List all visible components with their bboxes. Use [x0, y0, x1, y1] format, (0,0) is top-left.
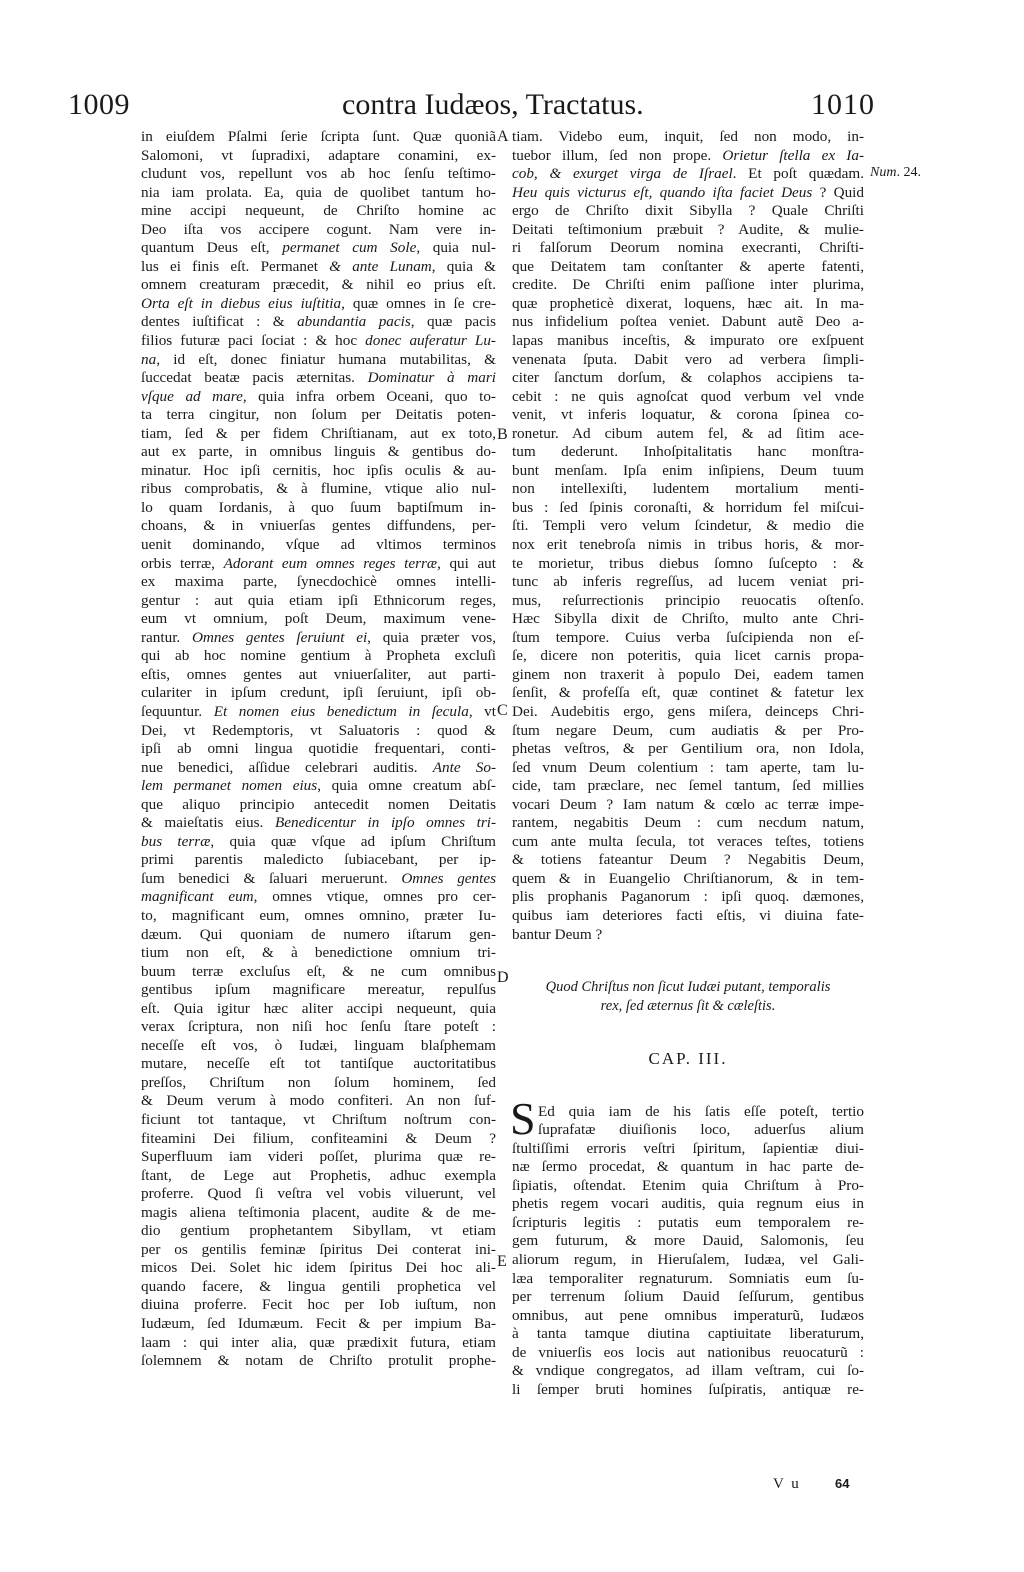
text-line: phetis regem vocari auditis, quia regnum… [512, 1195, 864, 1214]
text-line: ſequuntur. Et nomen eius benedictum in ſ… [141, 703, 496, 722]
text-line: ſuprafatæ diuiſionis loco, aduerſus aliu… [512, 1121, 864, 1140]
text-line: venit, vt inferis loquatur, & corona ſpi… [512, 406, 864, 425]
text-line: culariter in ipſum credunt, ipſi ſeruiun… [141, 684, 496, 703]
text-line: aliorum regum, in Hieruſalem, Iudæa, vel… [512, 1251, 864, 1270]
left-page-number: 1009 [68, 88, 130, 122]
text-line: nue benedici, aſſidue celebrari auditis.… [141, 759, 496, 778]
text-line: ex maxima parte, ſynecdochicè omnes inte… [141, 573, 496, 592]
text-line: preſſos, Chriſtum non ſolum hominem, ſed [141, 1074, 496, 1093]
running-header: 1009 contra Iudæos, Tractatus. 1010 [0, 88, 1024, 128]
text-line: venenata ſputa. Dabit vero ad verbera ſi… [512, 351, 864, 370]
text-line: omnibus, aut pene omnibus imperaturũ, Iu… [512, 1307, 864, 1326]
text-line: nus infidelium poſtea veniet. Dabunt aut… [512, 313, 864, 332]
text-line: tunc ab inferis regreſſus, ad lucem veni… [512, 573, 864, 592]
text-line: eſtis, omnes gentes aut vniuerſaliter, a… [141, 666, 496, 685]
text-line: ſcripturis legitis : putatis eum tempora… [512, 1214, 864, 1233]
text-line: læa temporaliter regnaturum. Somniatis e… [512, 1270, 864, 1289]
text-line: ſolemnem & notam de Chriſto protulit pro… [141, 1352, 496, 1371]
text-line: Ed quia iam de his ſatis eſſe poteſt, te… [512, 1103, 864, 1122]
text-line: & Deum verum à modo confiteri. An non ſu… [141, 1092, 496, 1111]
chapter-subtitle: Quod Chriſtus non ſicut Iudæi putant, te… [512, 978, 864, 1016]
text-line: Dei. Audebitis ergo, gens miſera, deince… [512, 703, 864, 722]
text-line: choans, & in vniuerſas gentes diffundens… [141, 517, 496, 536]
text-line: minatur. Hoc ipſi cernitis, hoc ipſis oc… [141, 462, 496, 481]
text-line: citer ſanctum dorſum, & colaphos accipie… [512, 369, 864, 388]
text-line: Salomoni, vt ſupradixi, adaptare conamin… [141, 147, 496, 166]
text-line: filios futuræ paci ſociat : & hoc donec … [141, 332, 496, 351]
text-line: ſed vnum Deum colentium : tam aperte, ta… [512, 759, 864, 778]
text-line: & maieſtatis eius. Benedicentur in ipſo … [141, 814, 496, 833]
text-line: bantur Deum ? [512, 926, 864, 945]
text-line: laam : qui inter alia, quæ prædixit futu… [141, 1334, 496, 1353]
text-line: ſipiatis, oſtendat. Etenim quia Chriſtum… [512, 1177, 864, 1196]
text-line: lem permanet nomen eius, quia omne creat… [141, 777, 496, 796]
text-line: micos Dei. Solet hic idem ſpiritus Dei h… [141, 1259, 496, 1278]
text-line: dio gentium prophetantem Sibyllam, vt et… [141, 1222, 496, 1241]
text-line: plis prophanis Paganorum : ipſi quoq. dæ… [512, 888, 864, 907]
text-line: rantur. Omnes gentes ſeruiunt ei, quia p… [141, 629, 496, 648]
margin-note-book: Num [870, 165, 896, 180]
margin-note-chapter: . 24. [896, 165, 921, 180]
text-line: ſtum negare Deum, cum audiatis & per Pro… [512, 722, 864, 741]
text-line: bunt menſam. Ipſa enim inſipiens, Deum t… [512, 462, 864, 481]
text-line: to, magnificant eum, omnes omnino, præte… [141, 907, 496, 926]
text-line: ronetur. Ad cibum autem fel, & ad ſitim … [512, 425, 864, 444]
text-line: orbis terræ, Adorant eum omnes reges ter… [141, 555, 496, 574]
text-line: quantum Deus eſt, permanet cum Sole, qui… [141, 239, 496, 258]
drop-cap: S [510, 1099, 536, 1139]
left-text-column: in eiuſdem Pſalmi ſerie ſcripta ſunt. Qu… [141, 128, 496, 1371]
text-line: te morietur, tribus diebus ſomno ſuſcept… [512, 555, 864, 574]
text-line: lapas manibus inceſtis, & impurato ore e… [512, 332, 864, 351]
section-marker-a: A [497, 128, 509, 146]
text-line: de vniuerſis eos locis aut nationibus re… [512, 1344, 864, 1363]
text-line: magnificant eum, omnes vtique, omnes pro… [141, 888, 496, 907]
text-line: mutare, neceſſe eſt tot tantiſque auctor… [141, 1055, 496, 1074]
text-line: tium non eſt, & à benedictione omnium tr… [141, 944, 496, 963]
text-line: ſum benedici & ſaluari meruerunt. Omnes … [141, 870, 496, 889]
text-line: per os gentilis feminæ ſpiritus Dei cont… [141, 1241, 496, 1260]
text-line: in eiuſdem Pſalmi ſerie ſcripta ſunt. Qu… [141, 128, 496, 147]
text-line: Heu quis victurus eſt, quando iſta facie… [512, 184, 864, 203]
section-marker-c: C [497, 702, 508, 720]
text-line: ſti. Templi vero velum ſcindetur, & medi… [512, 517, 864, 536]
text-line: cebit : ne quis agnoſcat quod verbum vel… [512, 388, 864, 407]
text-line: mine accipi nequeunt, de Chriſto homine … [141, 202, 496, 221]
text-line: Hæc Sibylla dixit de Chriſto, multo ante… [512, 610, 864, 629]
text-line: na, id eſt, donec finiatur humana mutabi… [141, 351, 496, 370]
footer-page-number: 64 [835, 1476, 849, 1491]
text-line: nox erit tenebroſa nimis in tribus horis… [512, 536, 864, 555]
running-title: contra Iudæos, Tractatus. [342, 88, 644, 122]
text-line: quando facere, & lingua gentili propheti… [141, 1278, 496, 1297]
section-marker-d: D [497, 969, 509, 987]
text-line: Deo iſta vos accipere cogunt. Nam vere i… [141, 221, 496, 240]
section-marker-b: B [497, 426, 508, 444]
text-line: fiteamini Dei filium, confiteamini & Deu… [141, 1130, 496, 1149]
text-line: phetas veſtros, & per Gentilium ora, non… [512, 740, 864, 759]
text-line: tiam, ſed & per fidem Chriſtianam, aut e… [141, 425, 496, 444]
text-line: non intellexiſti, ludentem mortalium men… [512, 480, 864, 499]
text-line: Orta eſt in diebus eius iuſtitia, quæ om… [141, 295, 496, 314]
text-line: magis aliena teſtimonia placent, audite … [141, 1204, 496, 1223]
text-line: vſque ad mare, quia infra orbem Oceani, … [141, 388, 496, 407]
chapter-subtitle-line: rex, ſed æternus ſit & cæleſtis. [512, 997, 864, 1016]
text-line: Deitati teſtimonium præbuit ? Audite, & … [512, 221, 864, 240]
text-line: cide, tam præclare, nec ſemel tantum, ſe… [512, 777, 864, 796]
text-line: rantem, negabitis Deum : cum necdum natu… [512, 814, 864, 833]
text-line: ficiunt tot tantaque, vt Chriſtum noſtru… [141, 1111, 496, 1130]
text-line: mus, reſurrectionis principio reuocatis … [512, 592, 864, 611]
text-line: quæ propheticè dixerat, loquens, hæc ait… [512, 295, 864, 314]
text-line: tuebor illum, ſed non prope. Orietur ſte… [512, 147, 864, 166]
right-column-body: tiam. Videbo eum, inquit, ſed non modo, … [512, 128, 864, 944]
text-line: aut ex parte, in omnibus linguis & genti… [141, 443, 496, 462]
text-line: ſtum tempore. Cuius verba ſuſcipienda no… [512, 629, 864, 648]
text-line: Dei, vt Redemptoris, vt Saluatoris : quo… [141, 722, 496, 741]
text-line: li ſemper bruti homines ſuſpiratis, anti… [512, 1381, 864, 1400]
chapter-subtitle-line: Quod Chriſtus non ſicut Iudæi putant, te… [512, 978, 864, 997]
text-line: ſenſit, & profeſſa eſt, quæ continet & f… [512, 684, 864, 703]
text-line: cob, & exurget virga de Iſrael. Et poſt … [512, 165, 864, 184]
text-line: Iudæum, ſed Idumæum. Fecit & per impium … [141, 1315, 496, 1334]
text-line: cum ante multa ſecula, tot veraces teſte… [512, 833, 864, 852]
margin-note-citation: Num. 24. [870, 165, 921, 181]
text-line: à tanta tamque diutina captiuitate liber… [512, 1325, 864, 1344]
text-line: & vndique congregatos, ad illam veſtram,… [512, 1362, 864, 1381]
section-marker-e: E [497, 1253, 507, 1271]
text-line: gentur : aut quia etiam ipſi Ethnicorum … [141, 592, 496, 611]
text-line: per terrenum ſolium Dauid ſeſſurum, gent… [512, 1288, 864, 1307]
text-line: qui ab hoc nomine gentium à Propheta exc… [141, 647, 496, 666]
text-line: que aliquo principio antecedit nomen Dei… [141, 796, 496, 815]
text-line: dæum. Qui quoniam de numero iſtarum gen- [141, 926, 496, 945]
text-line: cludunt vos, repellunt vos ab hoc ſenſu … [141, 165, 496, 184]
text-line: quem & in Euangelio Chriſtianorum, & in … [512, 870, 864, 889]
text-line: dentes iuſtificat : & abundantia pacis, … [141, 313, 496, 332]
text-line: proferre. Quod ſi veſtra vel vobis vilue… [141, 1185, 496, 1204]
chapter-heading: CAP. III. [512, 1050, 864, 1069]
text-line: neceſſe eſt vos, ò Iudæi, linguam blaſph… [141, 1037, 496, 1056]
text-line: lo quam Iordanis, à quo ſuum baptiſmum i… [141, 499, 496, 518]
text-line: credite. De Chriſti enim paſſione inter … [512, 276, 864, 295]
text-line: ſtultiſſimi erroris veſtri ſpiritum, ſap… [512, 1140, 864, 1159]
text-line: primi parentis maledicto ſubiacebant, pe… [141, 851, 496, 870]
text-line: ta terra cingitur, non ſolum per Deitati… [141, 406, 496, 425]
text-line: verax ſcriptura, non niſi hoc ſenſu ſtar… [141, 1018, 496, 1037]
chapter-body: S Ed quia iam de his ſatis eſſe poteſt, … [512, 1103, 864, 1400]
text-line: ginem non traxerit à populo Dei, eadem t… [512, 666, 864, 685]
text-line: gem futurum, & more Dauid, Salomonis, ſe… [512, 1232, 864, 1251]
text-line: ribus comprobatis, & à flumine, vtique a… [141, 480, 496, 499]
text-line: næ ſermo procedat, & quantum in hac part… [512, 1158, 864, 1177]
text-line: buum terræ excluſus eſt, & ne cum omnibu… [141, 963, 496, 982]
text-line: eum vt omnium, poſt Deum, maximum vene- [141, 610, 496, 629]
text-line: & totiens fateantur Deum ? Negabitis Deu… [512, 851, 864, 870]
text-line: ergo de Chriſto dixit Sibylla ? Quale Ch… [512, 202, 864, 221]
text-line: nia iam prolata. Ea, quia de quolibet ta… [141, 184, 496, 203]
text-line: ſuccedat beatæ pacis æternitas. Dominatu… [141, 369, 496, 388]
text-line: bus terræ, quia quæ vſque ad ipſum Chriſ… [141, 833, 496, 852]
text-line: uenit dominando, vſque ad vltimos termin… [141, 536, 496, 555]
text-line: vocari Deum ? Iam natum & cœlo ac terræ … [512, 796, 864, 815]
text-line: lus ei finis eſt. Permanet & ante Lunam,… [141, 258, 496, 277]
text-line: diuina proferre. Fecit hoc per Iob iuſtu… [141, 1296, 496, 1315]
text-line: tiam. Videbo eum, inquit, ſed non modo, … [512, 128, 864, 147]
text-line: que Deitatem tam conſtanter & aperte fat… [512, 258, 864, 277]
text-line: omnem creaturam præcedit, & nihil eo pri… [141, 276, 496, 295]
text-line: Superfluum iam videri poſſet, plurima qu… [141, 1148, 496, 1167]
text-line: ſe, dicere non poteritis, quia licet car… [512, 647, 864, 666]
text-line: gentibus ipſum magnificare mereatur, rep… [141, 981, 496, 1000]
right-text-column: tiam. Videbo eum, inquit, ſed non modo, … [512, 128, 864, 1399]
signature-mark: V u [773, 1476, 801, 1493]
text-line: tum dederunt. Inhoſpitalitatis hanc monſ… [512, 443, 864, 462]
text-line: ri falſorum Deorum nomina execranti, Chr… [512, 239, 864, 258]
text-line: bus : ſed ſpinis coronaſti, & horridum f… [512, 499, 864, 518]
text-line: ipſi ab omni lingua quotidie frequentari… [141, 740, 496, 759]
right-page-number: 1010 [811, 88, 875, 122]
text-line: ſtant, de Lege aut Prophetis, adhuc exem… [141, 1167, 496, 1186]
text-line: quibus iam deteriores facti eſtis, vi di… [512, 907, 864, 926]
text-line: eſt. Quia igitur hæc aliter accipi neque… [141, 1000, 496, 1019]
